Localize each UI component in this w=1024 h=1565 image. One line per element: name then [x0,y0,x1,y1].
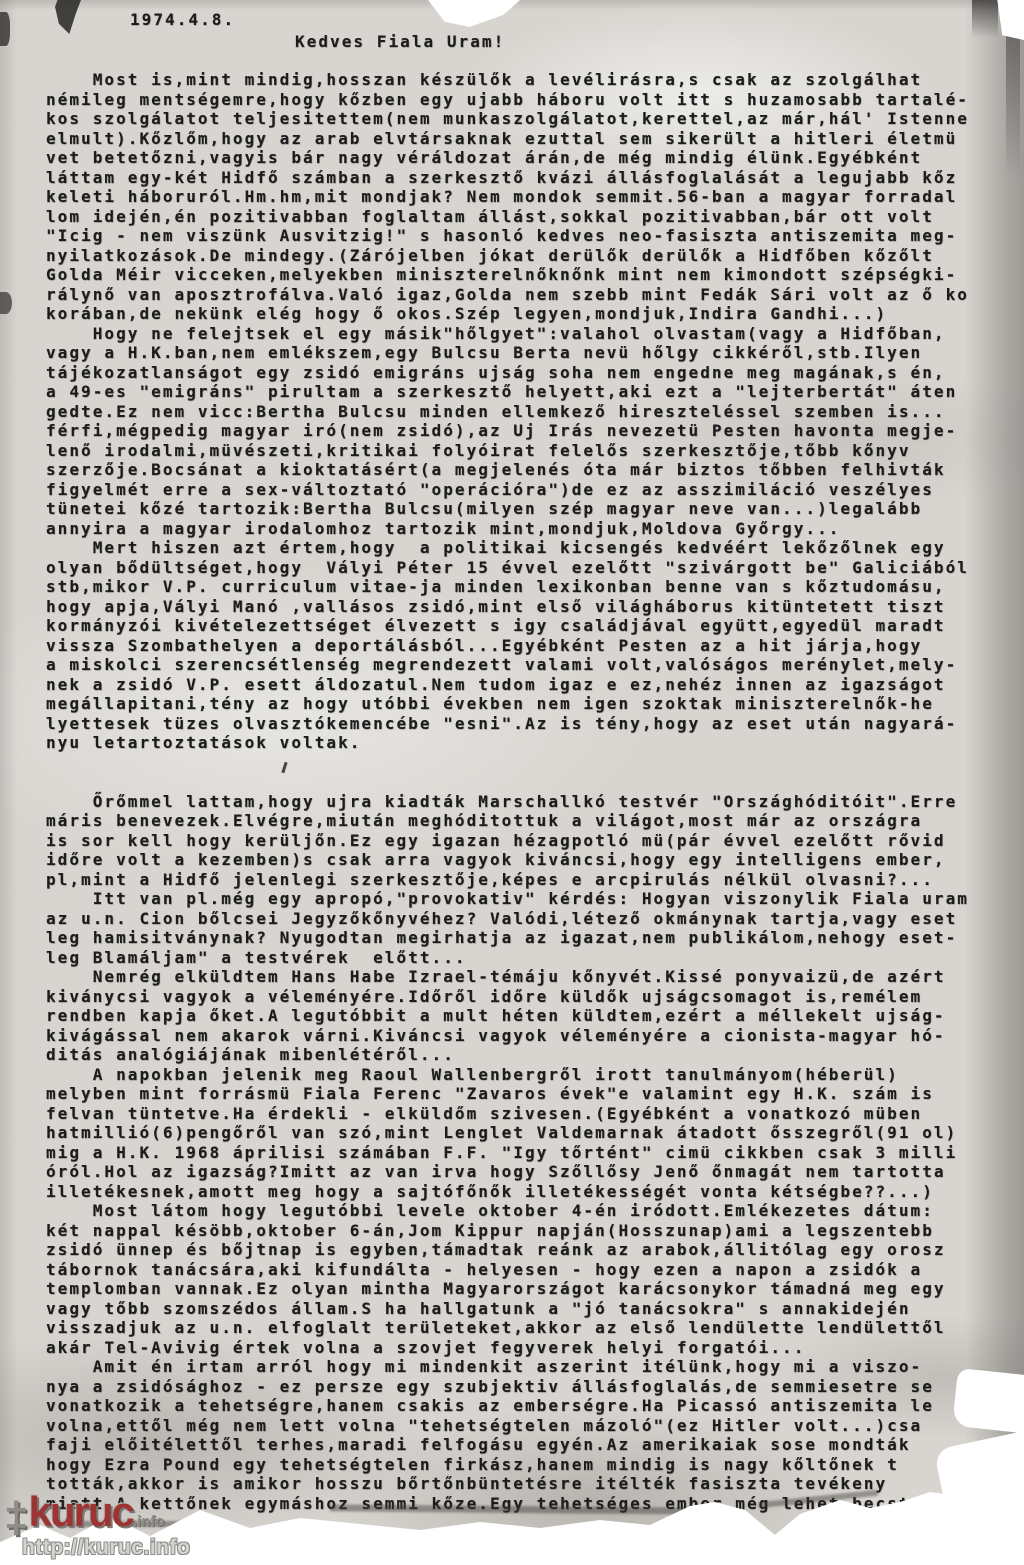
letter-line: vagy a H.K.ban,nem emlékszem,egy Bulcsu … [46,343,1006,363]
paper-sheet: 1974.4.8. Kedves Fiala Uram! Most is,min… [0,0,1024,1565]
letter-line: rálynő van aposztrofálva.Való igaz,Golda… [46,285,1006,305]
letter-line: Golda Méir vicceken,melyekben minisztere… [46,265,1006,285]
letter-line [46,753,1006,773]
letter-line: volna,ettől még nem lett volna "tehetség… [46,1416,1006,1436]
letter-line: Itt van pl.még egy apropó,"provokativ" k… [46,889,1006,909]
letter-line: illetékesnek,amott meg hogy a sajtófőnők… [46,1182,1006,1202]
letter-line: Most látom hogy legutóbbi levele oktober… [46,1201,1006,1221]
kuruc-url: http://kuruc.info [22,1536,190,1560]
letter-line: gedte.Ez nem vicc:Bertha Bulcsu minden e… [46,402,1006,422]
letter-line: akár Tel-Avivig értek volna a szovjet fe… [46,1338,1006,1358]
letter-line: keleti háboruról.Hm.hm,mit mondjak? Nem … [46,187,1006,207]
letter-line: lom idején,én pozitivabban foglaltam áll… [46,207,1006,227]
letter-line: kivágással nem akarok várni.Kiváncsi vag… [46,1026,1006,1046]
paper-edge-shadow [1006,36,1020,178]
letter-line [46,772,1006,792]
letter-line: stb,mikor V.P. curriculum vitae-ja minde… [46,577,1006,597]
letter-line: láttam egy-két Hidfő számban a szerkeszt… [46,168,1006,188]
letter-line: elmult).Kőzlőm,hogy az arab elvtársaknak… [46,129,1006,149]
letter-line: leg Blamáljam" a testvérek előtt... [46,948,1006,968]
letter-line: zsidó ünnep és bőjtnap is egyben,támadta… [46,1240,1006,1260]
letter-line: figyelmét erre a sex-változtató "operáci… [46,480,1006,500]
letter-line: annyira a magyar irodalomhoz tartozik mi… [46,519,1006,539]
paper-stain [0,12,10,46]
letter-line: máris benevezek.Elvégre,miután meghódito… [46,811,1006,831]
letter-line: lenő irodalmi,müvészeti,kritikai folyóir… [46,441,1006,461]
letter-line: A napokban jelenik meg Raoul Wallenbergr… [46,1065,1006,1085]
letter-line: nyu letartoztatások voltak. [46,733,1006,753]
letter-line: ditás analógiájának mibenlétéről... [46,1045,1006,1065]
letter-line: rendben kapja őket.A legutóbbit a mult h… [46,1006,1006,1026]
letter-line: időre volt a kezemben)s csak arra vagyok… [46,850,1006,870]
double-cross-icon: ‡ [4,1493,28,1542]
kuruc-logo: ‡kuruc.info [4,1488,165,1543]
letter-line: korában,de nekünk elég hogy ő okos.Szép … [46,304,1006,324]
letter-line: vissza Szombathelyen a deportálásból...E… [46,636,1006,656]
letter-line: szerzője.Bocsánat a kioktatásért(a megje… [46,460,1006,480]
letter-line: az u.n. Cion bőlcsei Jegyzőkőnyvéhez? Va… [46,909,1006,929]
letter-line: felvan tüntetve.Ha érdekli - elküldőm sz… [46,1104,1006,1124]
paper-tear [952,1368,1024,1434]
letter-line: visszadjuk az u.n. elfoglalt területeket… [46,1318,1006,1338]
letter-date: 1974.4.8. [130,10,235,29]
letter-line: templomban vannak.Ez olyan mintha Magyar… [46,1279,1006,1299]
paper-stain [0,292,12,314]
letter-line: is sor kell hogy kerüljőn.Ez egy igazan … [46,831,1006,851]
letter-line: férfi,mégpedig magyar iró(nem zsidó),az … [46,421,1006,441]
letter-line: olyan bődültséget,hogy Vályi Péter 15 év… [46,558,1006,578]
letter-line: tájékozatlanságot egy zsidó emigráns ujs… [46,363,1006,383]
letter-line: Amit én irtam arról hogy mi mindenkit as… [46,1357,1006,1377]
letter-line: vagy tőbb szomszédos állam.S ha hallgatu… [46,1299,1006,1319]
letter-line: tünetei kőzé tartozik:Bertha Bulcsu(mily… [46,499,1006,519]
letter-line: vonatkozik a tehetségre,hanem csakis az … [46,1396,1006,1416]
letter-line: a miskolci szerencsétlenség megrendezett… [46,655,1006,675]
letter-line: nek a zsidó V.P. esett áldozatul.Nem tud… [46,675,1006,695]
letter-line: "Icig - nem viszünk Ausvitzig!" s hasonl… [46,226,1006,246]
letter-line: mig a H.K. 1968 áprilisi számában F.F. "… [46,1143,1006,1163]
letter-line: pl,mint a Hidfő jelenlegi szerkesztője,k… [46,870,1006,890]
letter-line: Nemrég elküldtem Hans Habe Izrael-témáju… [46,967,1006,987]
letter-line: Őrőmmel lattam,hogy ujra kiadták Marscha… [46,792,1006,812]
letter-body: Most is,mint mindig,hosszan készülők a l… [46,70,1006,1513]
letter-line: nya a zsidósághoz - ez persze egy szubje… [46,1377,1006,1397]
letter-line: nyilatkozások.De mindegy.(Zárójelben jók… [46,246,1006,266]
kuruc-logo-text: kuruc [28,1488,132,1535]
kuruc-logo-suffix: .info [133,1513,165,1530]
letter-line: két nappal késöbb,oktober 6-án,Jom Kippu… [46,1221,1006,1241]
letter-line: melyben mint forrásmü Fiala Ferenc "Zava… [46,1084,1006,1104]
letter-line: kiványcsi vagyok a véleményére.Időről id… [46,987,1006,1007]
letter-line: faji előitélettől terhes,maradi felfogás… [46,1435,1006,1455]
letter-line: vet betetőzni,vagyis bár nagy véráldozat… [46,148,1006,168]
letter-line: óról.Hol az igazság?Imitt az van irva ho… [46,1162,1006,1182]
letter-line: hogy apja,Vályi Manó ,vallásos zsidó,min… [46,597,1006,617]
letter-line: kormányzói kivételezettséget élvezett s … [46,616,1006,636]
letter-line: Mert hiszen azt értem,hogy a politikai k… [46,538,1006,558]
letter-line: lyettesek tüzes olvasztókemencébe "esni"… [46,714,1006,734]
letter-line: tábornok tanácsára,aki kifundálta - hely… [46,1260,1006,1280]
paper-stain [972,0,998,38]
letter-line: Hogy ne felejtsek el egy másik"hőlgyet":… [46,324,1006,344]
letter-line: Most is,mint mindig,hosszan készülők a l… [46,70,1006,90]
letter-line: leg hamisitványnak? Nyugodtan megirhatja… [46,928,1006,948]
letter-line: némileg mentségemre,hogy kőzben egy ujab… [46,90,1006,110]
letter-salutation: Kedves Fiala Uram! [295,32,505,51]
letter-line: a 49-es "emigráns" pirultam a szerkesztő… [46,382,1006,402]
letter-line: kos szolgálatot teljesitettem(nem munkas… [46,109,1006,129]
letter-line: hogy Ezra Pound egy tehetségtelen firkás… [46,1455,1006,1475]
letter-line: megállapitani,tény az hogy utóbbi évekbe… [46,694,1006,714]
letter-line: hatmillió(6)pengőről van szó,mint Lengle… [46,1123,1006,1143]
